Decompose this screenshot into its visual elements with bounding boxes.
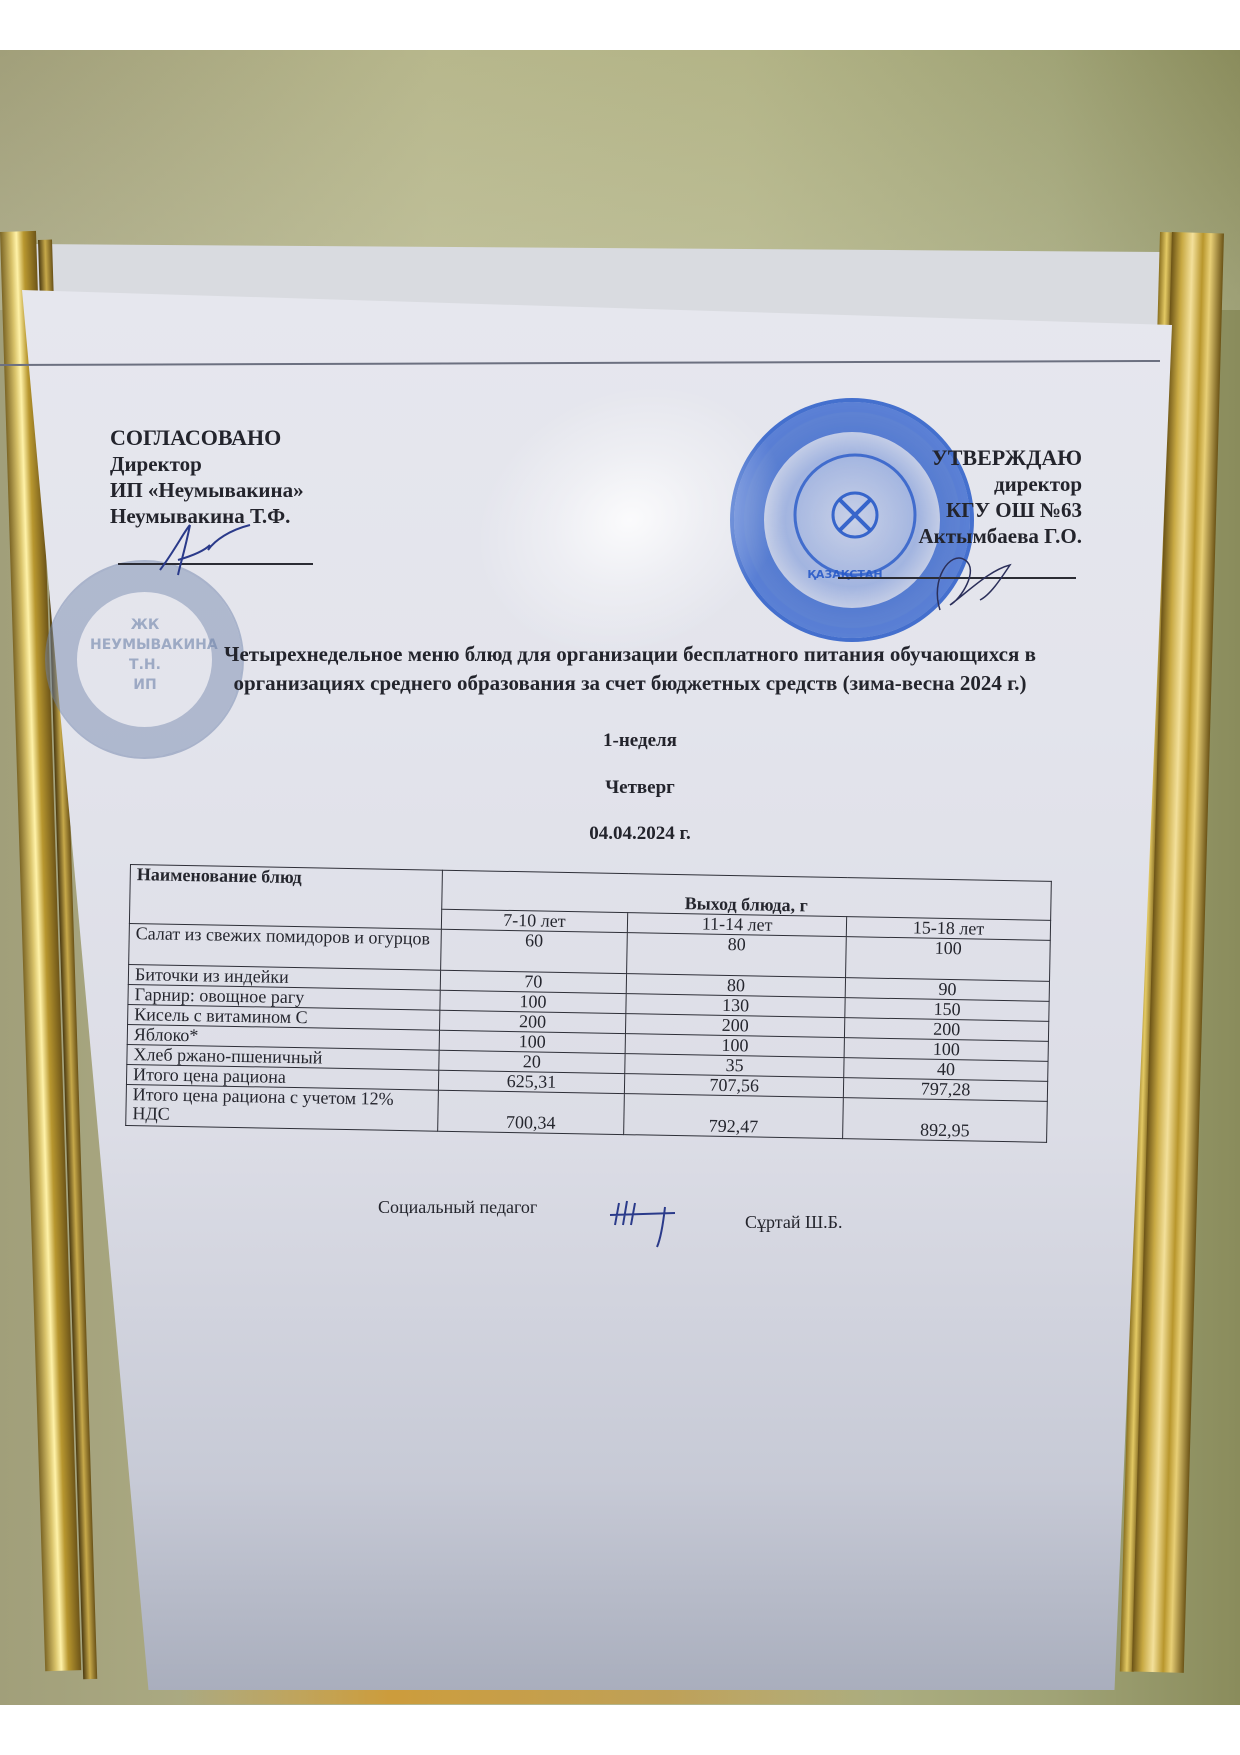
dish-name: Салат из свежих помидоров и огурцов bbox=[129, 923, 441, 970]
approval-role: директор bbox=[800, 471, 1082, 497]
yield-value: 80 bbox=[627, 933, 847, 978]
approval-heading: СОГЛАСОВАНО bbox=[110, 425, 304, 451]
week-label: 1-неделя bbox=[540, 730, 740, 752]
total-vat-value: 892,95 bbox=[843, 1098, 1047, 1143]
date-label: 04.04.2024 г. bbox=[540, 823, 740, 845]
day-label: Четверг bbox=[540, 777, 740, 799]
signature-left-icon bbox=[150, 520, 260, 580]
approval-block-left: СОГЛАСОВАНО Директор ИП «Неумывакина» Не… bbox=[110, 425, 304, 529]
approval-organization: КГУ ОШ №63 bbox=[800, 497, 1082, 523]
total-vat-value: 792,47 bbox=[624, 1094, 844, 1139]
signature-footer-icon bbox=[605, 1195, 685, 1250]
approval-organization: ИП «Неумывакина» bbox=[110, 477, 304, 503]
approval-role: Директор bbox=[110, 451, 304, 477]
yield-value: 60 bbox=[440, 929, 627, 973]
total-vat-label: Итого цена рациона с учетом 12% НДС bbox=[126, 1084, 438, 1131]
footer-role: Социальный педагог bbox=[378, 1197, 537, 1218]
menu-table: Наименование блюд Выход блюда, г 7-10 ле… bbox=[125, 864, 1052, 1143]
signature-right-icon bbox=[920, 540, 1030, 620]
document-title: Четырехнедельное меню блюд для организац… bbox=[170, 640, 1090, 698]
total-vat-value: 700,34 bbox=[437, 1090, 624, 1134]
frame-bottom-stain bbox=[180, 1690, 880, 1704]
approval-block-right: УТВЕРЖДАЮ директор КГУ ОШ №63 Актымбаева… bbox=[800, 445, 1082, 549]
yield-value: 100 bbox=[846, 937, 1050, 982]
column-header-dish: Наименование блюд bbox=[129, 865, 442, 930]
footer-name: Сұртай Ш.Б. bbox=[745, 1212, 842, 1233]
approval-heading: УТВЕРЖДАЮ bbox=[800, 445, 1082, 471]
